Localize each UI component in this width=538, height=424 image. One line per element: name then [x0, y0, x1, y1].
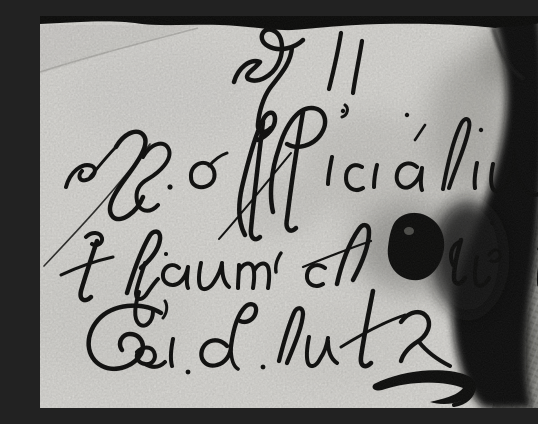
film-grain-light: [40, 16, 538, 408]
manuscript-scan: Zu dz. officialis Johan Andr. Seidlitz: [40, 16, 538, 408]
manuscript-image: [40, 16, 538, 408]
